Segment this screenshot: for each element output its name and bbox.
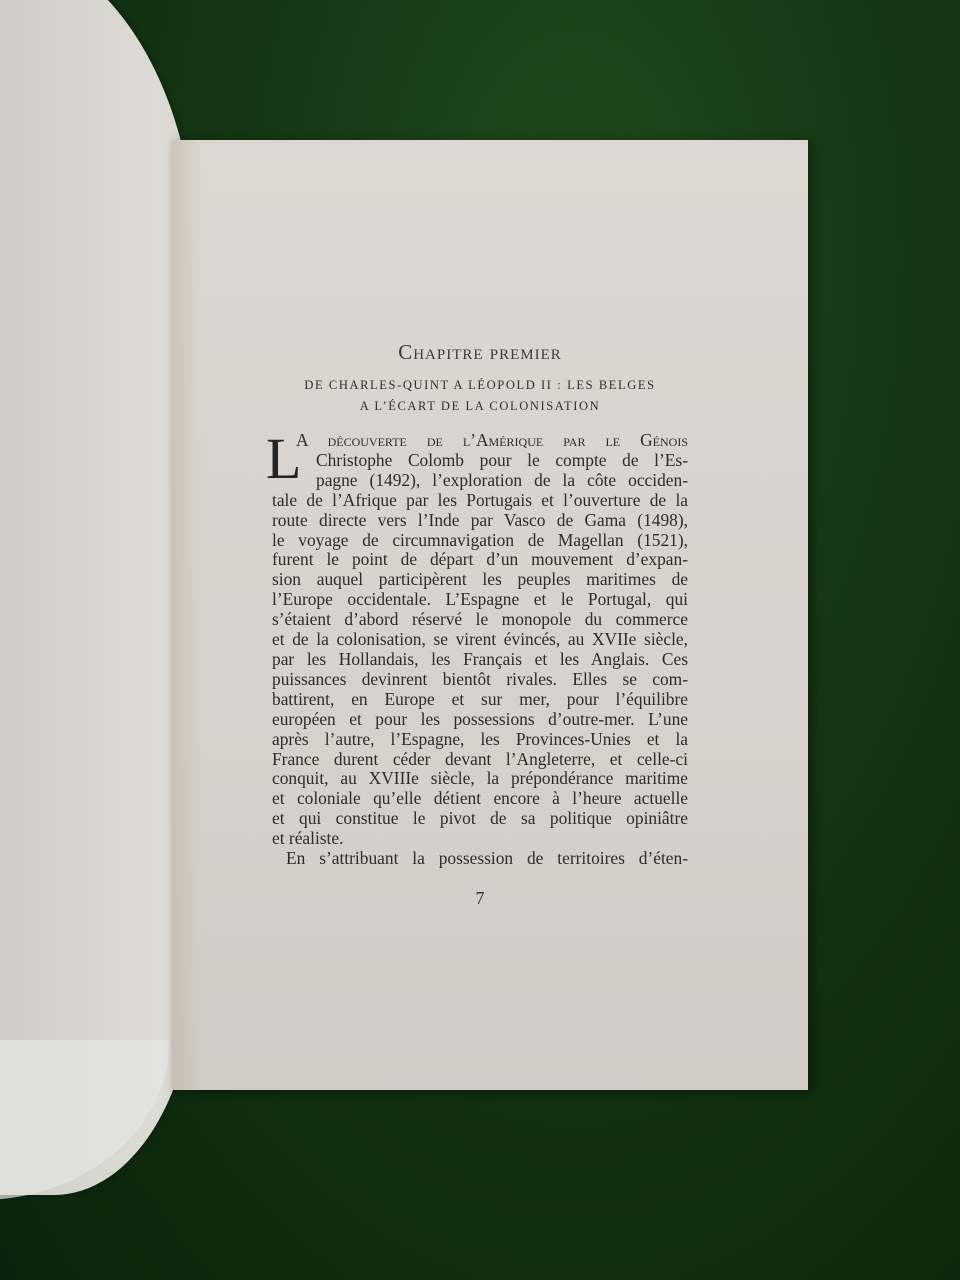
text-line: par les Hollandais, les Français et les … <box>272 650 688 670</box>
chapter-subtitle-line1: DE CHARLES-QUINT A LÉOPOLD II : LES BELG… <box>272 375 688 396</box>
text-line: après l’autre, l’Espagne, les Provinces-… <box>272 730 688 750</box>
left-page-curved <box>0 0 195 1195</box>
text-line: le voyage de circumnavigation de Magella… <box>272 531 688 551</box>
page-number: 7 <box>272 888 688 909</box>
text-line: Christophe Colomb pour le compte de l’Es… <box>272 451 688 471</box>
text-line: européen et pour les possessions d’outre… <box>272 710 688 730</box>
text-line: et réaliste. <box>272 829 688 849</box>
text-line: s’étaient d’abord réservé le monopole du… <box>272 610 688 630</box>
page-content: Chapitre premier DE CHARLES-QUINT A LÉOP… <box>272 340 688 869</box>
chapter-subtitle-line2: A L’ÉCART DE LA COLONISATION <box>272 396 688 417</box>
gutter-shadow <box>172 140 202 1090</box>
dropcap: L <box>266 435 301 483</box>
text-line: A découverte de l’Amérique par le Génois <box>272 431 688 451</box>
text-line: route directe vers l’Inde par Vasco de G… <box>272 511 688 531</box>
text-line: furent le point de départ d’un mouvement… <box>272 550 688 570</box>
chapter-subtitle: DE CHARLES-QUINT A LÉOPOLD II : LES BELG… <box>272 375 688 417</box>
text-line: En s’attribuant la possession de territo… <box>272 849 688 869</box>
text-line: et de la colonisation, se virent évincés… <box>272 630 688 650</box>
text-line: tale de l’Afrique par les Portugais et l… <box>272 491 688 511</box>
chapter-title: Chapitre premier <box>272 340 688 365</box>
text-line: et coloniale qu’elle détient encore à l’… <box>272 789 688 809</box>
text-line: et qui constitue le pivot de sa politiqu… <box>272 809 688 829</box>
text-line: puissances devinrent bientôt rivales. El… <box>272 670 688 690</box>
text-line: France durent céder devant l’Angleterre,… <box>272 750 688 770</box>
text-line: pagne (1492), l’exploration de la côte o… <box>272 471 688 491</box>
text-line: battirent, en Europe et sur mer, pour l’… <box>272 690 688 710</box>
body-text: L A découverte de l’Amérique par le Géno… <box>272 431 688 869</box>
text-line: conquit, au XVIIIe siècle, la prépondéra… <box>272 769 688 789</box>
text-line: l’Europe occidentale. L’Espagne et le Po… <box>272 590 688 610</box>
text-line: sion auquel participèrent les peuples ma… <box>272 570 688 590</box>
